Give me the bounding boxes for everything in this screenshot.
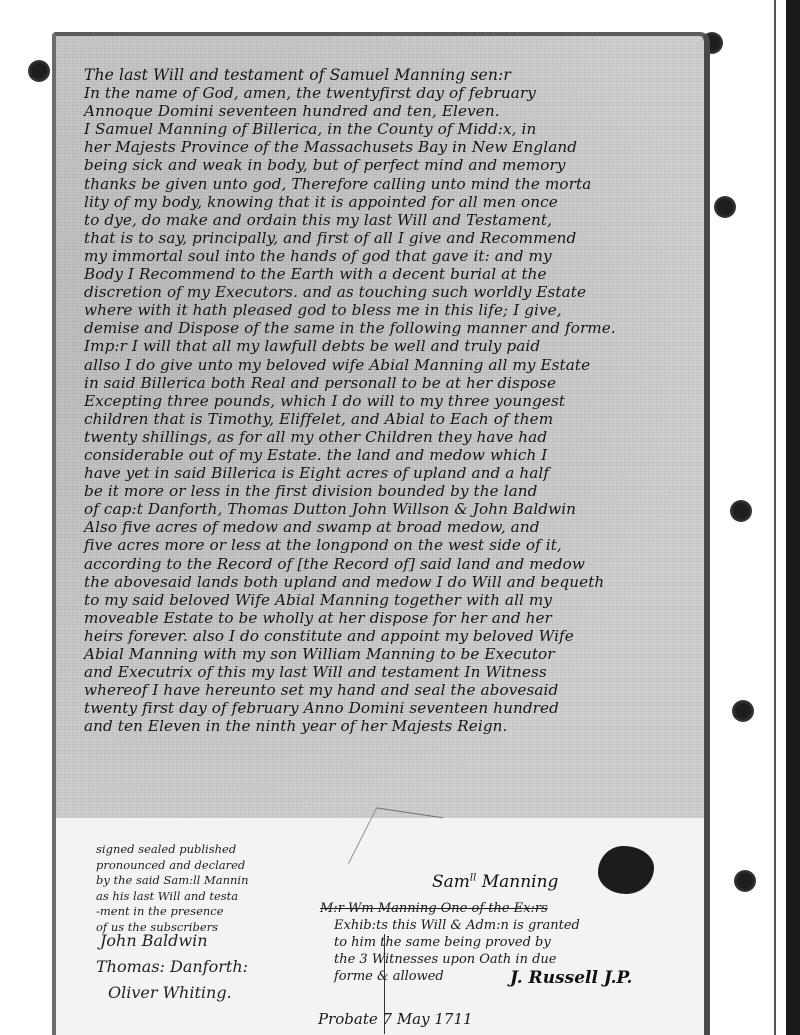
will-line: discretion of my Executors. and as touch…	[84, 283, 694, 301]
will-line: and ten Eleven in the ninth year of her …	[84, 717, 694, 735]
will-line: being sick and weak in body, but of perf…	[84, 156, 694, 174]
will-title: The last Will and testament of Samuel Ma…	[84, 66, 694, 84]
will-line: lity of my body, knowing that it is appo…	[84, 193, 694, 211]
scan-edge-shadow	[786, 0, 800, 1035]
signature-first: Sam	[432, 872, 470, 892]
binder-hole	[734, 870, 756, 892]
will-line: heirs forever. also I do constitute and …	[84, 627, 694, 645]
will-line: twenty first day of february Anno Domini…	[84, 699, 694, 717]
will-line: to my said beloved Wife Abial Manning to…	[84, 591, 694, 609]
judge-signature: J. Russell J.P.	[510, 968, 632, 988]
attestation-line: signed sealed published	[96, 842, 249, 858]
will-line: Body I Recommend to the Earth with a dec…	[84, 265, 694, 283]
will-line: Also five acres of medow and swamp at br…	[84, 518, 694, 536]
will-line: I Samuel Manning of Billerica, in the Co…	[84, 120, 694, 138]
will-line: moveable Estate to be wholly at her disp…	[84, 609, 694, 627]
will-line: her Majests Province of the Massachusets…	[84, 138, 694, 156]
will-line: my immortal soul into the hands of god t…	[84, 247, 694, 265]
probate-line: M:r Wm Manning One of the Ex:rs	[320, 900, 700, 917]
will-line: the abovesaid lands both upland and medo…	[84, 573, 694, 591]
attestation-line: as his last Will and testa	[96, 889, 249, 905]
witness-signatures: John Baldwin Thomas: Danforth: Oliver Wh…	[100, 928, 248, 1006]
signature-surname: Manning	[482, 872, 559, 892]
will-line: to dye, do make and ordain this my last …	[84, 211, 694, 229]
attestation-line: -ment in the presence	[96, 904, 249, 920]
probate-line: to him the same being proved by	[334, 934, 700, 951]
scan-edge-rule	[774, 0, 776, 1035]
will-line: where with it hath pleased god to bless …	[84, 301, 694, 319]
will-line: in said Billerica both Real and personal…	[84, 374, 694, 392]
will-line: thanks be given unto god, Therefore call…	[84, 175, 694, 193]
will-line: be it more or less in the first division…	[84, 482, 694, 500]
will-line: allso I do give unto my beloved wife Abi…	[84, 356, 694, 374]
will-line: Imp:r I will that all my lawfull debts b…	[84, 337, 694, 355]
probate-line: the 3 Witnesses upon Oath in due	[334, 951, 700, 968]
will-line: according to the Record of [the Record o…	[84, 555, 694, 573]
will-line: Abial Manning with my son William Mannin…	[84, 645, 694, 663]
witness-signature: Oliver Whiting.	[108, 980, 248, 1006]
will-line: five acres more or less at the longpond …	[84, 536, 694, 554]
attestation-line: pronounced and declared	[96, 858, 249, 874]
will-line: Excepting three pounds, which I do will …	[84, 392, 694, 410]
will-line: whereof I have hereunto set my hand and …	[84, 681, 694, 699]
will-line: children that is Timothy, Eliffelet, and…	[84, 410, 694, 428]
will-line: of cap:t Danforth, Thomas Dutton John Wi…	[84, 500, 694, 518]
will-body: The last Will and testament of Samuel Ma…	[84, 66, 694, 735]
will-line: have yet in said Billerica is Eight acre…	[84, 464, 694, 482]
probate-date: Probate 7 May 1711	[318, 1010, 473, 1028]
will-line: and Executrix of this my last Will and t…	[84, 663, 694, 681]
will-line: demise and Dispose of the same in the fo…	[84, 319, 694, 337]
probate-line: Exhib:ts this Will & Adm:n is granted	[334, 917, 700, 934]
attestation-clause: signed sealed published pronounced and d…	[96, 842, 249, 935]
will-line: In the name of God, amen, the twentyfirs…	[84, 84, 694, 102]
binder-hole	[28, 60, 50, 82]
will-line: that is to say, principally, and first o…	[84, 229, 694, 247]
signature-superscript: ll	[470, 872, 476, 883]
binder-hole	[730, 500, 752, 522]
binder-hole	[714, 196, 736, 218]
attestation-line: by the said Sam:ll Mannin	[96, 873, 249, 889]
will-line: twenty shillings, as for all my other Ch…	[84, 428, 694, 446]
will-line: considerable out of my Estate. the land …	[84, 446, 694, 464]
witness-signature: John Baldwin	[100, 928, 248, 954]
witness-signature: Thomas: Danforth:	[96, 954, 248, 980]
will-line: Annoque Domini seventeen hundred and ten…	[84, 102, 694, 120]
binder-hole	[732, 700, 754, 722]
testator-signature: Samll Manning	[432, 872, 558, 892]
